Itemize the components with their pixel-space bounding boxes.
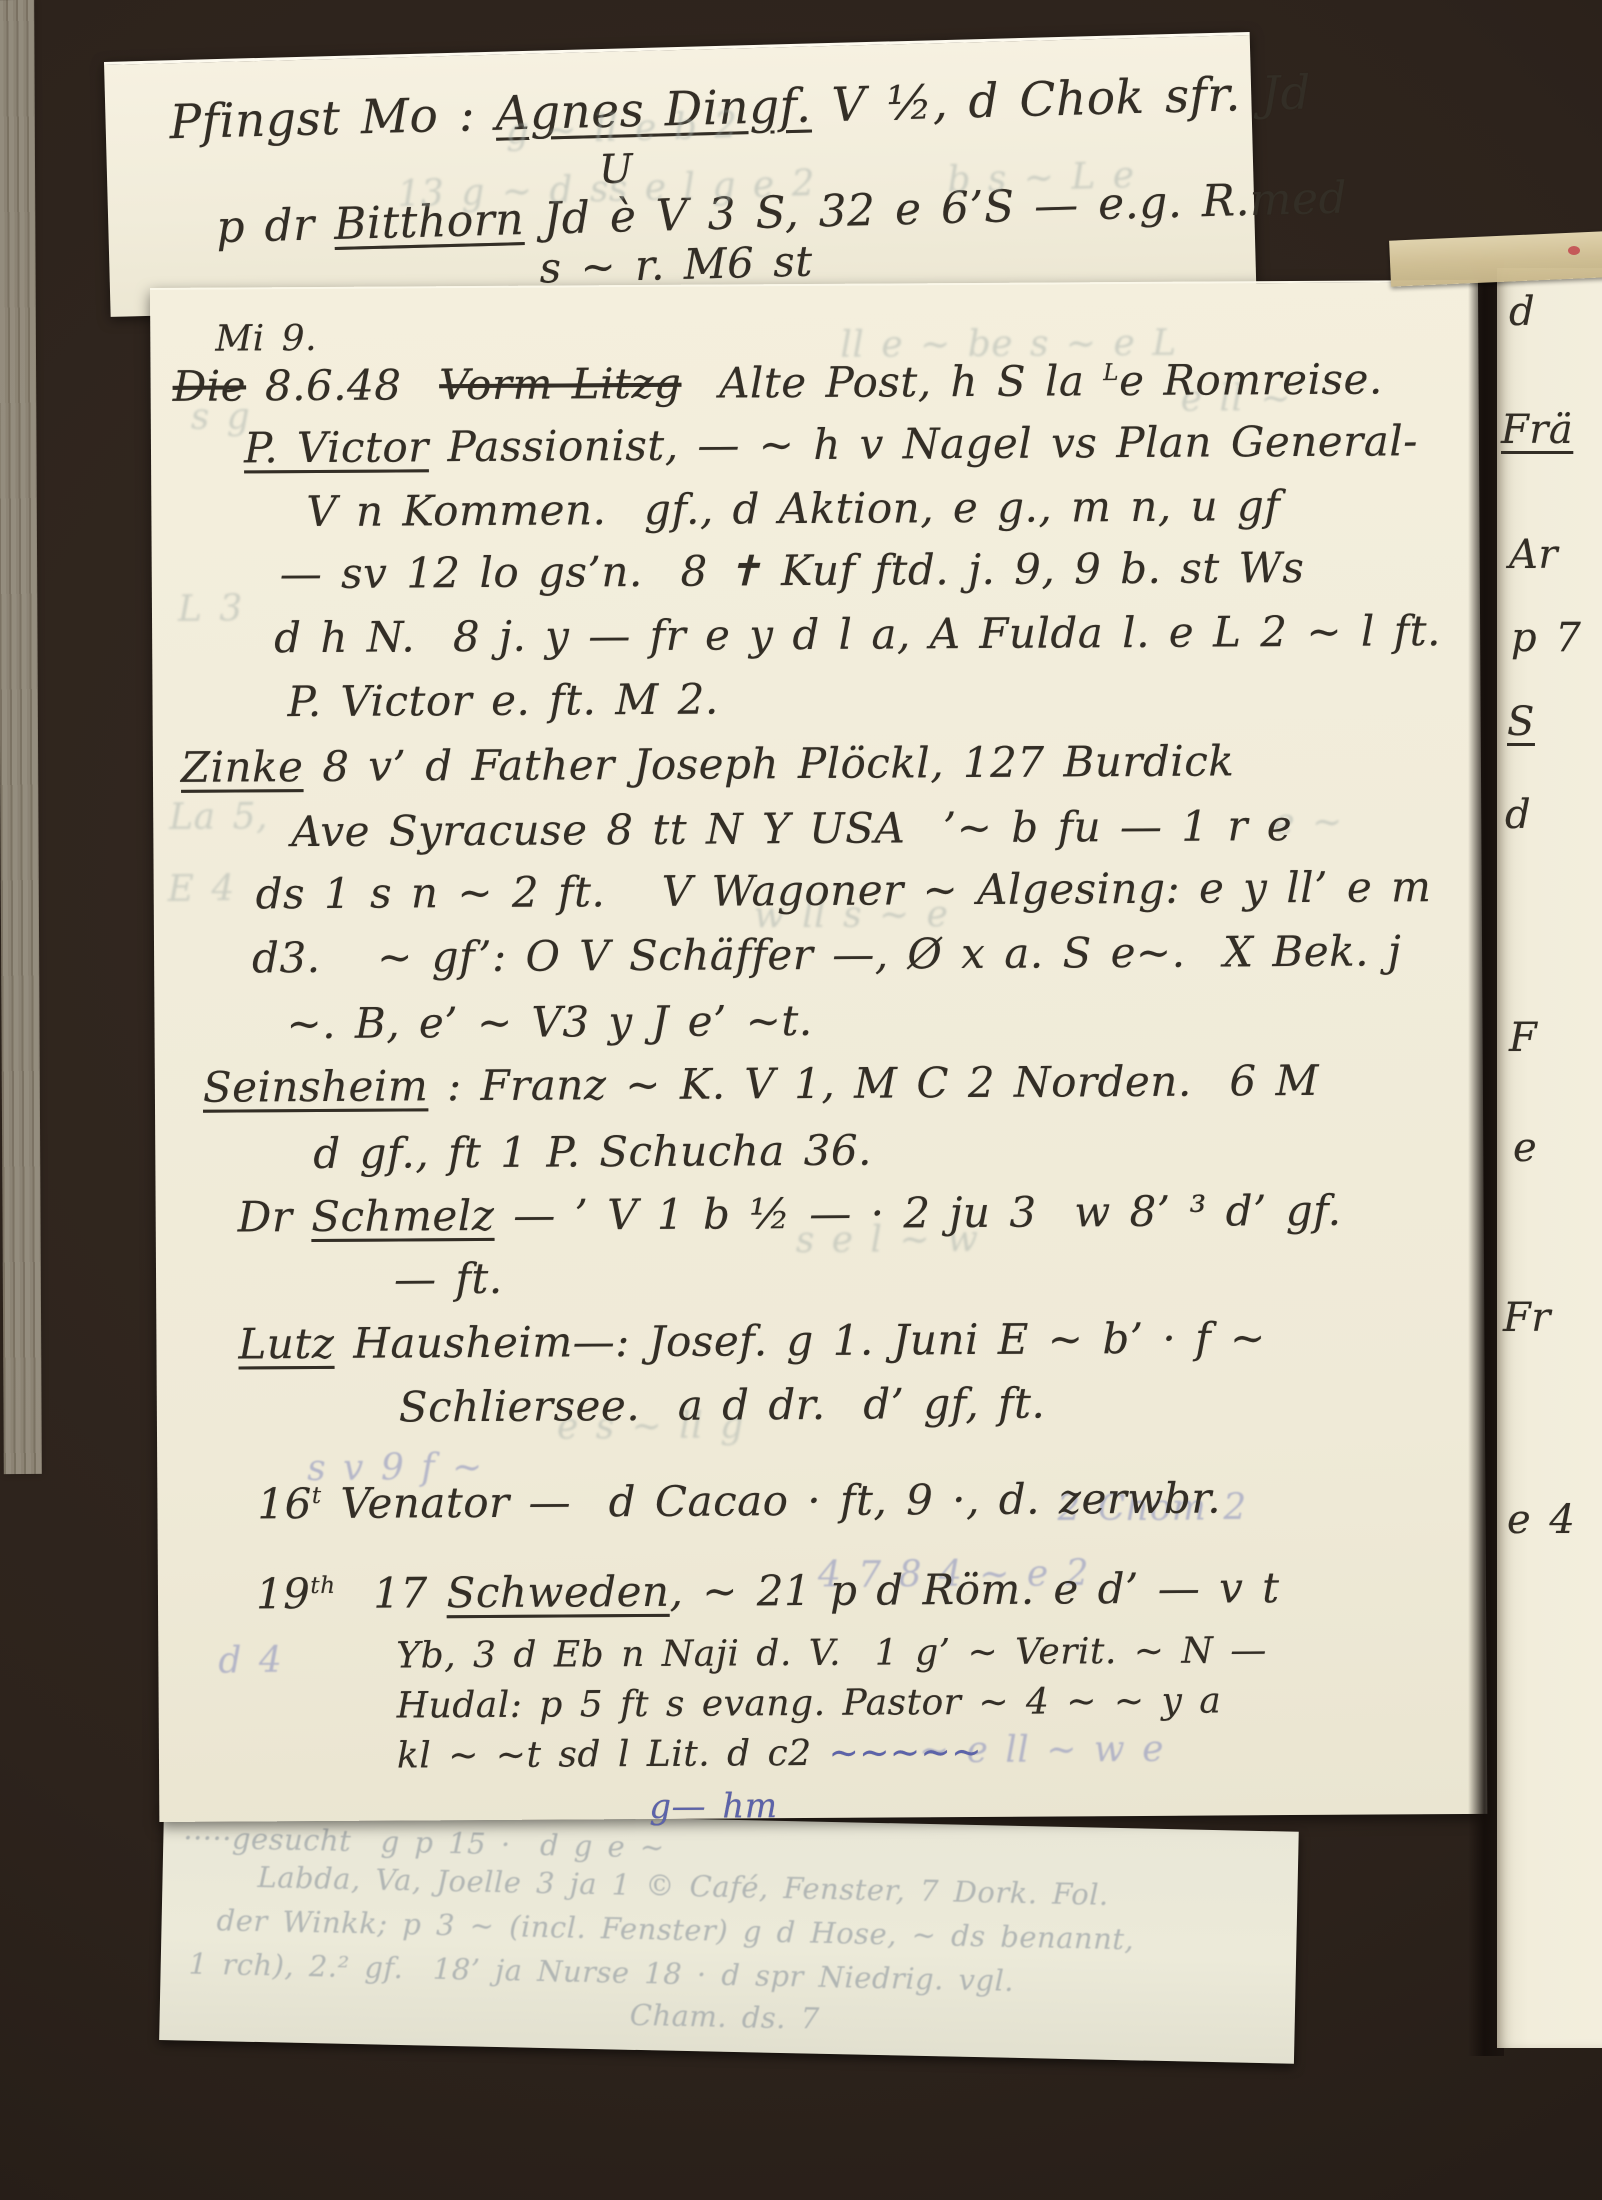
show-through-line-blue: d 4	[218, 1641, 282, 1681]
handwritten-line: Dr Schmelz — ’ V 1 b ½ — · 2 ju 3 w 8’ ³…	[238, 1188, 1342, 1241]
handwriting-segment: Lutz	[238, 1319, 334, 1369]
handwritten-line: 16t Venator — d Cacao · ft, 9 ·, d. zerw…	[257, 1475, 1221, 1527]
partial-line: F	[1509, 1016, 1537, 1060]
handwriting-segment: Passionist, — ~ h v Nagel vs Plan Genera…	[429, 416, 1418, 471]
handwriting-segment: Venator — d Cacao · ft, 9 ·, d. zerwbr.	[322, 1473, 1222, 1527]
handwritten-line: — sv 12 lo gs’n. 8 ✝ Kuf ftd. j. 9, 9 b.…	[280, 545, 1305, 597]
handwriting-segment: V ½, d Chok sfr. Jd	[811, 65, 1312, 133]
handwritten-line: Mi 9.	[215, 319, 317, 359]
right-facing-page-sliver: dFräArp 7SdFeFre 4	[1497, 268, 1602, 2048]
handwriting-segment: Schliersee. a d dr. d’ gf, ft.	[399, 1379, 1046, 1432]
handwriting-segment: — ft.	[394, 1254, 503, 1304]
handwritten-line: ~. B, e’ ~ V3 y J e’ ~t.	[286, 998, 812, 1047]
handwriting-segment: Hausheim—: Josef. g 1. Juni E ~ b’ · f ~	[334, 1313, 1266, 1368]
show-through-line: b s ~ L e	[947, 156, 1135, 200]
faint-line: ·····gesucht g p 15 · d g e ~	[183, 1822, 665, 1864]
handwriting-segment: th	[310, 1573, 335, 1599]
partial-line: p 7	[1511, 616, 1581, 660]
handwriting-segment: 17	[335, 1568, 446, 1618]
faint-line: Labda, Va, Joelle 3 ja 1 © Café, Fenster…	[257, 1862, 1109, 1912]
partial-line: e 4	[1507, 1498, 1575, 1542]
handwritten-line: kl ~ ~t sd l Lit. d c2 ~~~~~	[397, 1733, 982, 1776]
handwritten-line: — ft.	[394, 1256, 503, 1303]
faint-line: 1 rch), 2.² gf. 18’ ja Nurse 18 · d spr …	[188, 1949, 1014, 1998]
handwriting-segment: Ar	[1509, 532, 1558, 578]
handwritten-line: Zinke 8 v’ d Father Joseph Plöckl, 127 B…	[181, 738, 1235, 791]
handwriting-segment: tt	[652, 805, 687, 854]
partial-line: d	[1505, 793, 1531, 837]
handwritten-line: d3. ~ gf’: O V Schäffer —, Ø x a. S e~. …	[252, 928, 1402, 981]
handwriting-segment: , ~ 21 p d Röm. e d’ — v t	[669, 1563, 1279, 1616]
main-notebook-page: ll e ~ be s ~ e Le ll ~s gL 3La 5,E 4w l…	[150, 280, 1487, 1822]
handwritten-line: g— hm	[649, 1788, 777, 1826]
handwriting-segment: d h N. 8 j. y — fr e y d l a, A Fulda l.…	[274, 606, 1441, 662]
handwriting-segment: ~~~~~	[828, 1732, 982, 1774]
handwritten-line: Lutz Hausheim—: Josef. g 1. Juni E ~ b’ …	[238, 1315, 1266, 1367]
handwriting-segment: d	[1505, 792, 1531, 838]
handwriting-segment: V n Kommen. gf., d Aktion, e g., m n, u …	[306, 481, 1280, 536]
handwriting-segment: N Y USA ’~ b fu — 1 r e	[687, 801, 1292, 854]
faint-line: Cham. ds. 7	[629, 2000, 820, 2036]
partial-line: Ar	[1509, 533, 1558, 577]
handwritten-line: V n Kommen. gf., d Aktion, e g., m n, u …	[306, 483, 1280, 535]
handwriting-segment: S	[1507, 699, 1535, 745]
handwriting-segment: g— hm	[649, 1786, 777, 1827]
handwriting-segment: Seinsheim	[203, 1061, 429, 1111]
handwriting-segment: ds 1 s n ~ 2 ft. V Wagoner ~ Algesing: e…	[256, 862, 1432, 918]
left-page-stack-edge	[0, 0, 42, 1474]
handwriting-segment: L 3	[178, 588, 243, 629]
handwriting-segment: P. Victor e. ft. M 2.	[287, 675, 718, 727]
underlying-page-edge: ·····gesucht g p 15 · d g e ~Labda, Va, …	[159, 1808, 1299, 2064]
handwriting-segment: Ave Syracuse 8	[291, 805, 652, 856]
faint-line: der Winkk; p 3 ~ (incl. Fenster) g d Hos…	[216, 1905, 1134, 1956]
handwriting-segment: Schmelz	[311, 1191, 494, 1241]
handwriting-segment: Dr	[238, 1192, 312, 1241]
handwritten-line: Die 8.6.48 Vorm Litzg Alte Post, h S la …	[172, 356, 1382, 410]
handwriting-segment: Die	[172, 361, 246, 410]
handwriting-segment: La 5,	[169, 796, 268, 838]
show-through-line: g ~ ll e b 2	[505, 106, 738, 152]
photo-background: Pfingst Mo : Agnes Dingf. V ½, d Chok sf…	[0, 0, 1602, 2200]
partial-line: Fr	[1503, 1296, 1551, 1340]
handwriting-segment: d	[1509, 289, 1535, 335]
handwriting-segment: Zinke	[181, 742, 304, 792]
handwriting-segment: L	[1103, 360, 1119, 386]
handwriting-segment: kl ~ ~t sd l Lit. d c2	[397, 1733, 829, 1777]
handwriting-segment: E 4	[168, 868, 235, 909]
handwriting-segment: d gf., ft 1 P. Schucha 36.	[313, 1126, 872, 1178]
handwriting-segment: Yb, 3 d Eb n Naji d. V. 1 g’ ~ Verit. ~ …	[396, 1630, 1267, 1676]
handwriting-segment: d3. ~ gf’: O V Schäffer —, Ø x a. S e~. …	[252, 926, 1402, 982]
handwriting-segment: 19	[256, 1569, 311, 1618]
handwriting-segment: F	[1509, 1015, 1537, 1061]
handwriting-segment: Labda, Va, Joelle 3 ja 1 © Café, Fenster…	[257, 1860, 1109, 1912]
handwriting-segment: 8 v’ d Father Joseph Plöckl, 127 Burdick	[303, 736, 1234, 791]
handwriting-segment: — sv 12 lo gs’n. 8 ✝ Kuf ftd. j. 9, 9 b.…	[280, 543, 1305, 598]
handwritten-line: Schliersee. a d dr. d’ gf, ft.	[399, 1381, 1046, 1431]
handwriting-segment: b s ~ L e	[947, 155, 1135, 201]
handwriting-segment: Frä	[1501, 407, 1573, 453]
handwriting-segment: Vorm Litzg	[439, 359, 682, 409]
partial-line: S	[1507, 700, 1535, 744]
top-slip-page: Pfingst Mo : Agnes Dingf. V ½, d Chok sf…	[104, 32, 1256, 317]
handwriting-segment: p 7	[1511, 615, 1581, 661]
handwritten-line: 19th 17 Schweden, ~ 21 p d Röm. e d’ — v…	[256, 1565, 1280, 1617]
show-through-line: La 5,	[169, 797, 268, 837]
partial-line: d	[1509, 290, 1535, 334]
handwriting-segment: Alte Post, h S la	[681, 356, 1103, 408]
handwriting-segment: Mi 9.	[215, 318, 317, 360]
handwriting-segment: e 4	[1507, 1497, 1575, 1543]
handwritten-line: Hudal: p 5 ft s evang. Pastor ~ 4 ~ ~ y …	[397, 1681, 1222, 1726]
adhesive-tape	[1389, 231, 1602, 286]
tape-red-mark	[1568, 246, 1580, 255]
handwriting-segment: d 4	[218, 1640, 282, 1681]
partial-line: Frä	[1501, 408, 1573, 452]
handwriting-segment: 1 rch), 2.² gf. 18’ ja Nurse 18 · d spr …	[188, 1947, 1014, 1998]
handwriting-segment: e Romreise.	[1119, 354, 1383, 405]
handwritten-line: Yb, 3 d Eb n Naji d. V. 1 g’ ~ Verit. ~ …	[396, 1631, 1267, 1676]
handwriting-segment: 8.6.48	[246, 360, 439, 410]
handwritten-line: Seinsheim : Franz ~ K. V 1, M C 2 Norden…	[203, 1058, 1319, 1111]
handwritten-line: d gf., ft 1 P. Schucha 36.	[313, 1128, 872, 1178]
handwriting-segment: Cham. ds. 7	[629, 1998, 820, 2036]
handwritten-line: ds 1 s n ~ 2 ft. V Wagoner ~ Algesing: e…	[256, 864, 1432, 917]
handwriting-segment: ~. B, e’ ~ V3 y J e’ ~t.	[286, 996, 812, 1048]
handwriting-segment: t	[312, 1483, 322, 1509]
handwriting-segment: : Franz ~ K. V 1, M C 2 Norden. 6 M	[428, 1056, 1319, 1110]
handwriting-segment: 16	[257, 1479, 312, 1528]
handwriting-segment: Hudal: p 5 ft s evang. Pastor ~ 4 ~ ~ y …	[397, 1680, 1222, 1726]
handwritten-line: Pfingst Mo : Agnes Dingf. V ½, d Chok sf…	[169, 67, 1312, 149]
show-through-line: L 3	[178, 589, 243, 629]
handwritten-line: P. Victor Passionist, — ~ h v Nagel vs P…	[244, 418, 1418, 471]
partial-line: e	[1513, 1126, 1537, 1170]
handwriting-segment: P. Victor	[244, 422, 429, 472]
handwriting-segment: g ~ ll e b 2	[505, 105, 738, 152]
handwriting-segment: p dr	[216, 199, 335, 253]
handwriting-segment: Pfingst Mo :	[169, 87, 496, 151]
handwriting-segment: Schweden	[446, 1567, 669, 1617]
handwritten-line: P. Victor e. ft. M 2.	[287, 677, 718, 726]
handwriting-segment: — ’ V 1 b ½ — · 2 ju 3 w 8’ ³ d’ gf.	[494, 1186, 1341, 1240]
show-through-line: E 4	[168, 869, 235, 909]
handwriting-segment: e	[1513, 1125, 1537, 1171]
handwritten-line: Ave Syracuse 8 tt N Y USA ’~ b fu — 1 r …	[291, 803, 1292, 855]
handwritten-line: d h N. 8 j. y — fr e y d l a, A Fulda l.…	[274, 608, 1441, 661]
handwriting-segment: der Winkk; p 3 ~ (incl. Fenster) g d Hos…	[216, 1903, 1134, 1956]
handwriting-segment: Fr	[1503, 1295, 1551, 1341]
handwriting-segment: ·····gesucht g p 15 · d g e ~	[183, 1820, 665, 1864]
